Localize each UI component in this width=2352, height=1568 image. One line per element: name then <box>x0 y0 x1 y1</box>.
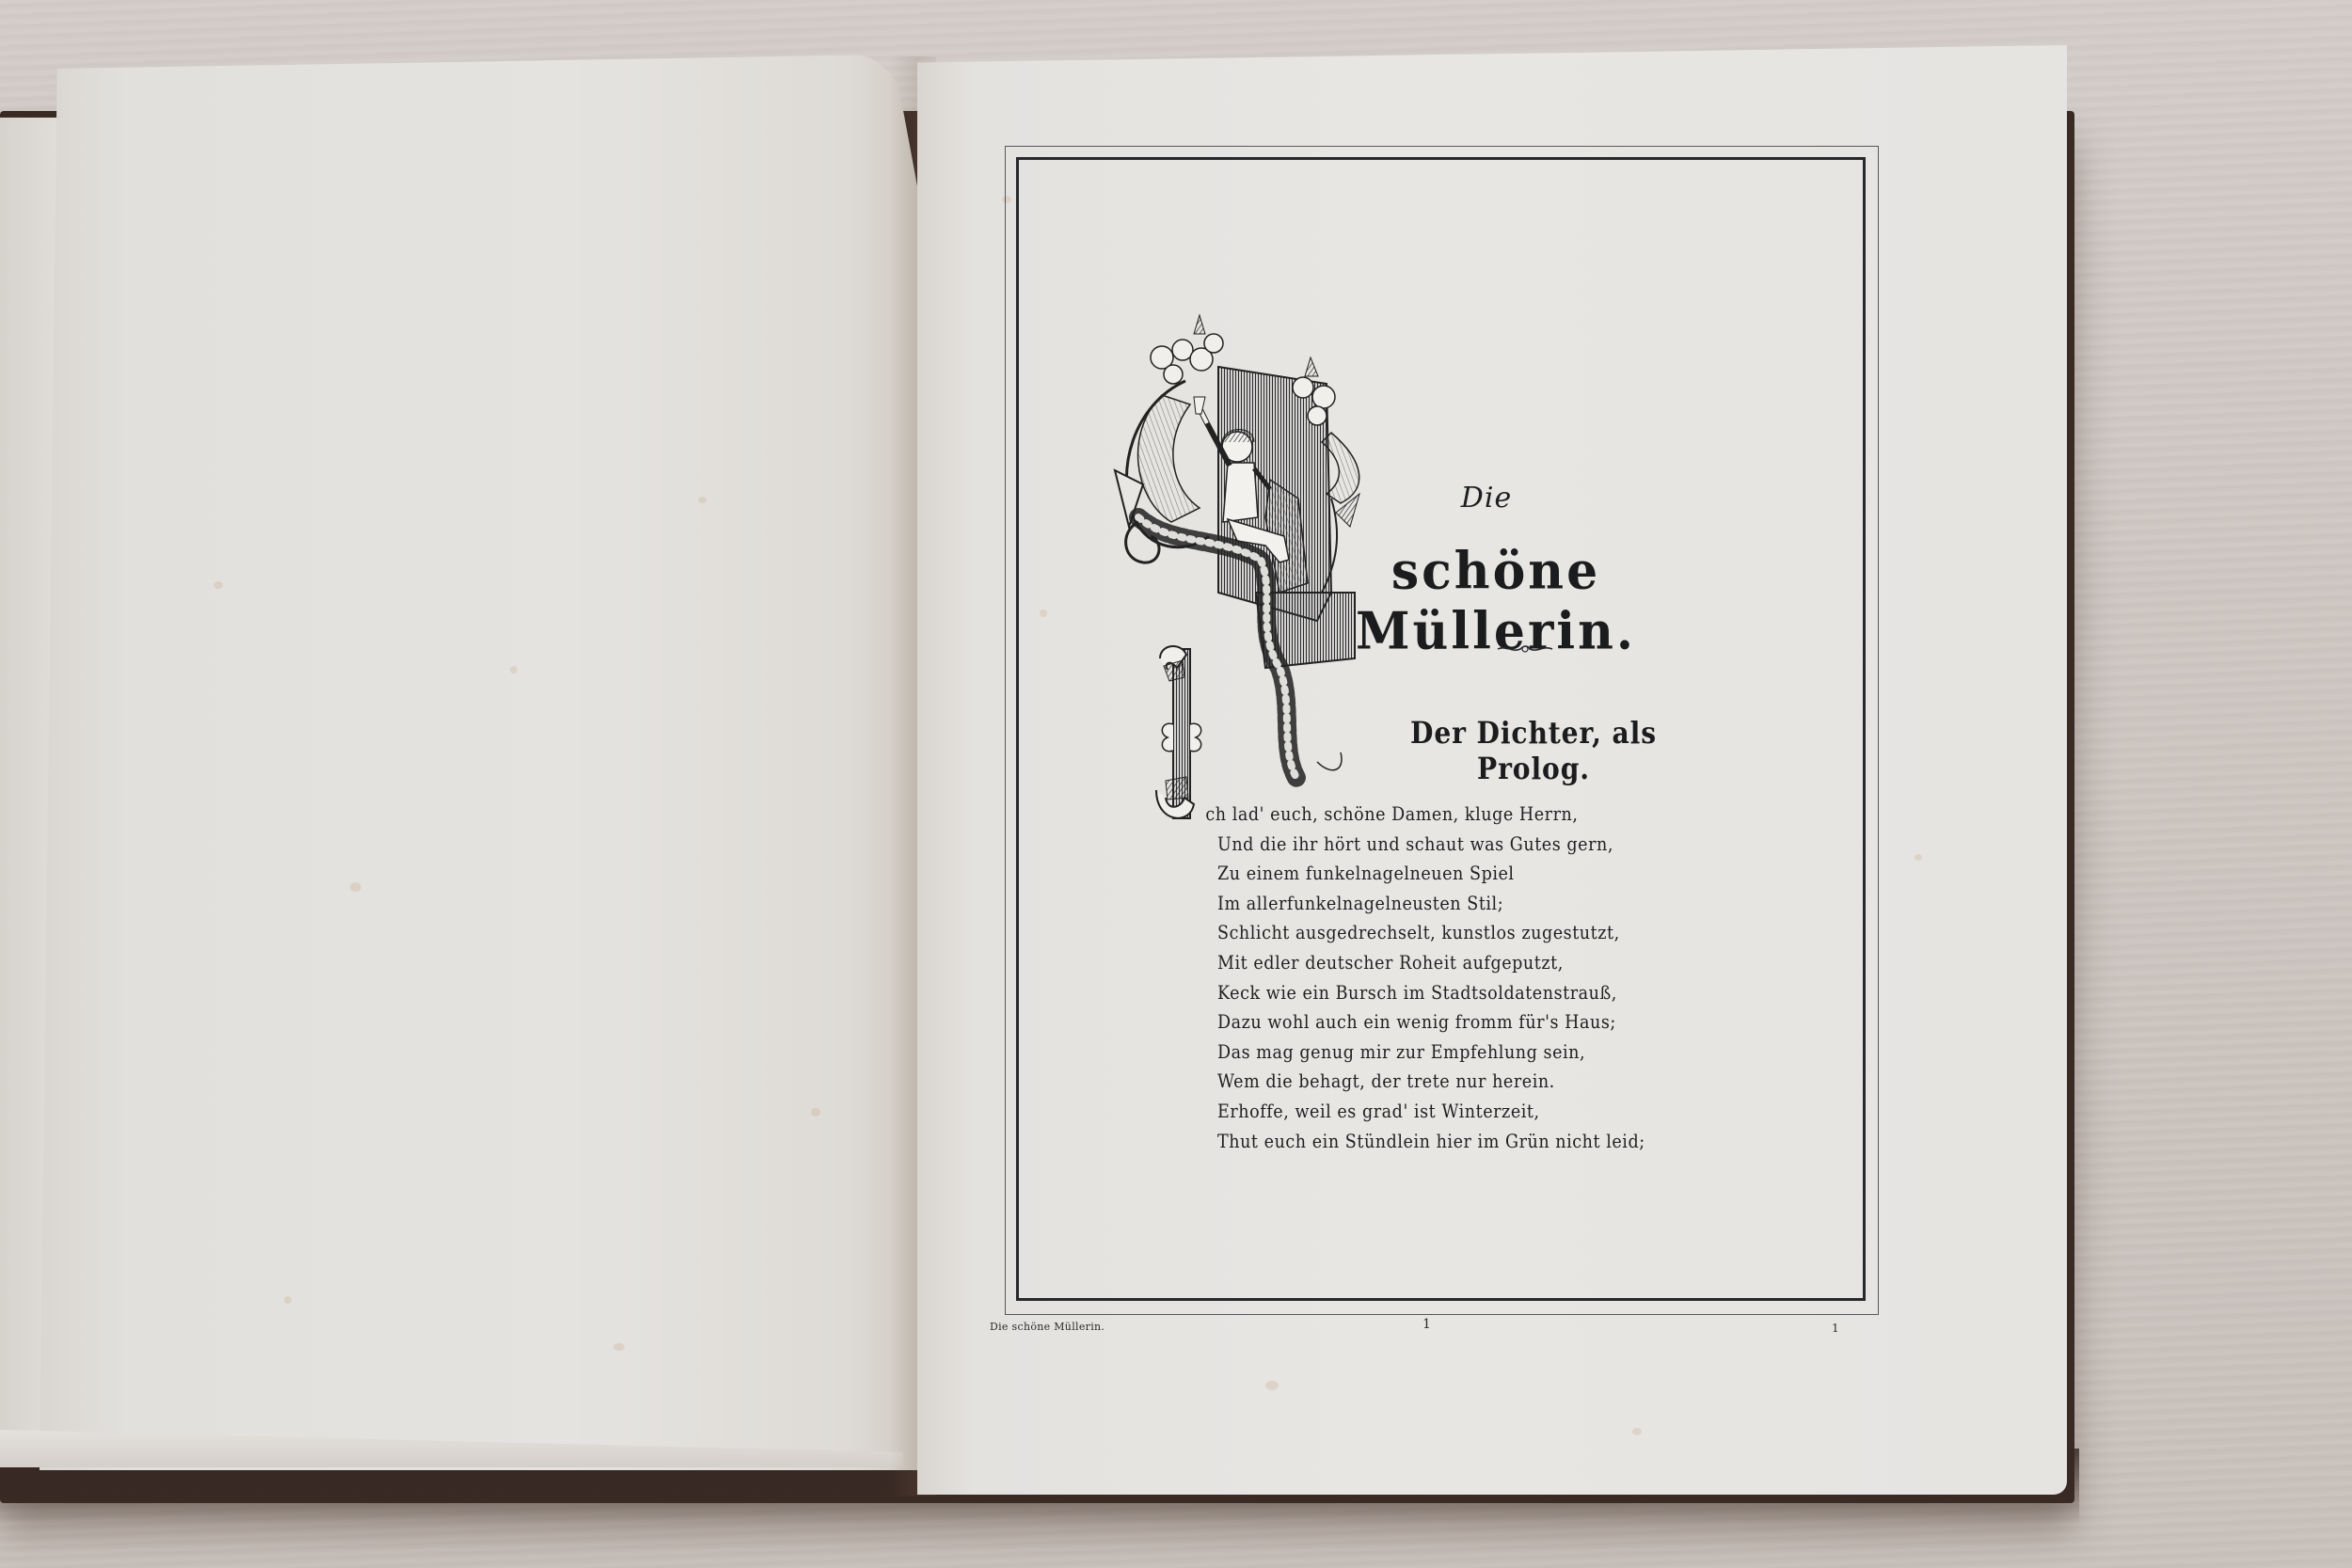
poem-line: Thut euch ein Stündlein hier im Grün nic… <box>1184 1127 1692 1157</box>
section-heading: Der Dichter, als Prolog. <box>1397 715 1670 786</box>
poem-line: Wem die behagt, der trete nur herein. <box>1184 1067 1692 1097</box>
running-footer-title: Die schöne Müllerin. <box>990 1321 1104 1333</box>
title-die: Die <box>1449 482 1524 515</box>
poem-line: Und die ihr hört und schaut was Gutes ge… <box>1184 830 1692 860</box>
page-number: 1 <box>1832 1322 1839 1335</box>
poem-line: Schlicht ausgedrechselt, kunstlos zugest… <box>1184 918 1692 948</box>
poem-line: Keck wie ein Bursch im Stadtsoldatenstra… <box>1184 978 1692 1008</box>
poem-line: ch lad' euch, schöne Damen, kluge Herrn, <box>1184 800 1692 830</box>
poem-text: ch lad' euch, schöne Damen, kluge Herrn,… <box>1184 800 1748 1156</box>
poem-line: Erhoffe, weil es grad' ist Winterzeit, <box>1184 1097 1692 1127</box>
poem-line: Im allerfunkelnagelneusten Stil; <box>1184 889 1692 919</box>
swirl-ornament-icon <box>1496 641 1554 657</box>
poem-line: Dazu wohl auch ein wenig fromm für's Hau… <box>1184 1007 1692 1037</box>
left-page-blank <box>40 55 919 1470</box>
poem-line: Mit edler deutscher Roheit aufgeputzt, <box>1184 948 1692 978</box>
poem-line: Zu einem funkelnagelneuen Spiel <box>1184 859 1692 889</box>
poem-line: Das mag genug mir zur Empfehlung sein, <box>1184 1037 1692 1068</box>
signature-mark: 1 <box>1422 1317 1431 1332</box>
